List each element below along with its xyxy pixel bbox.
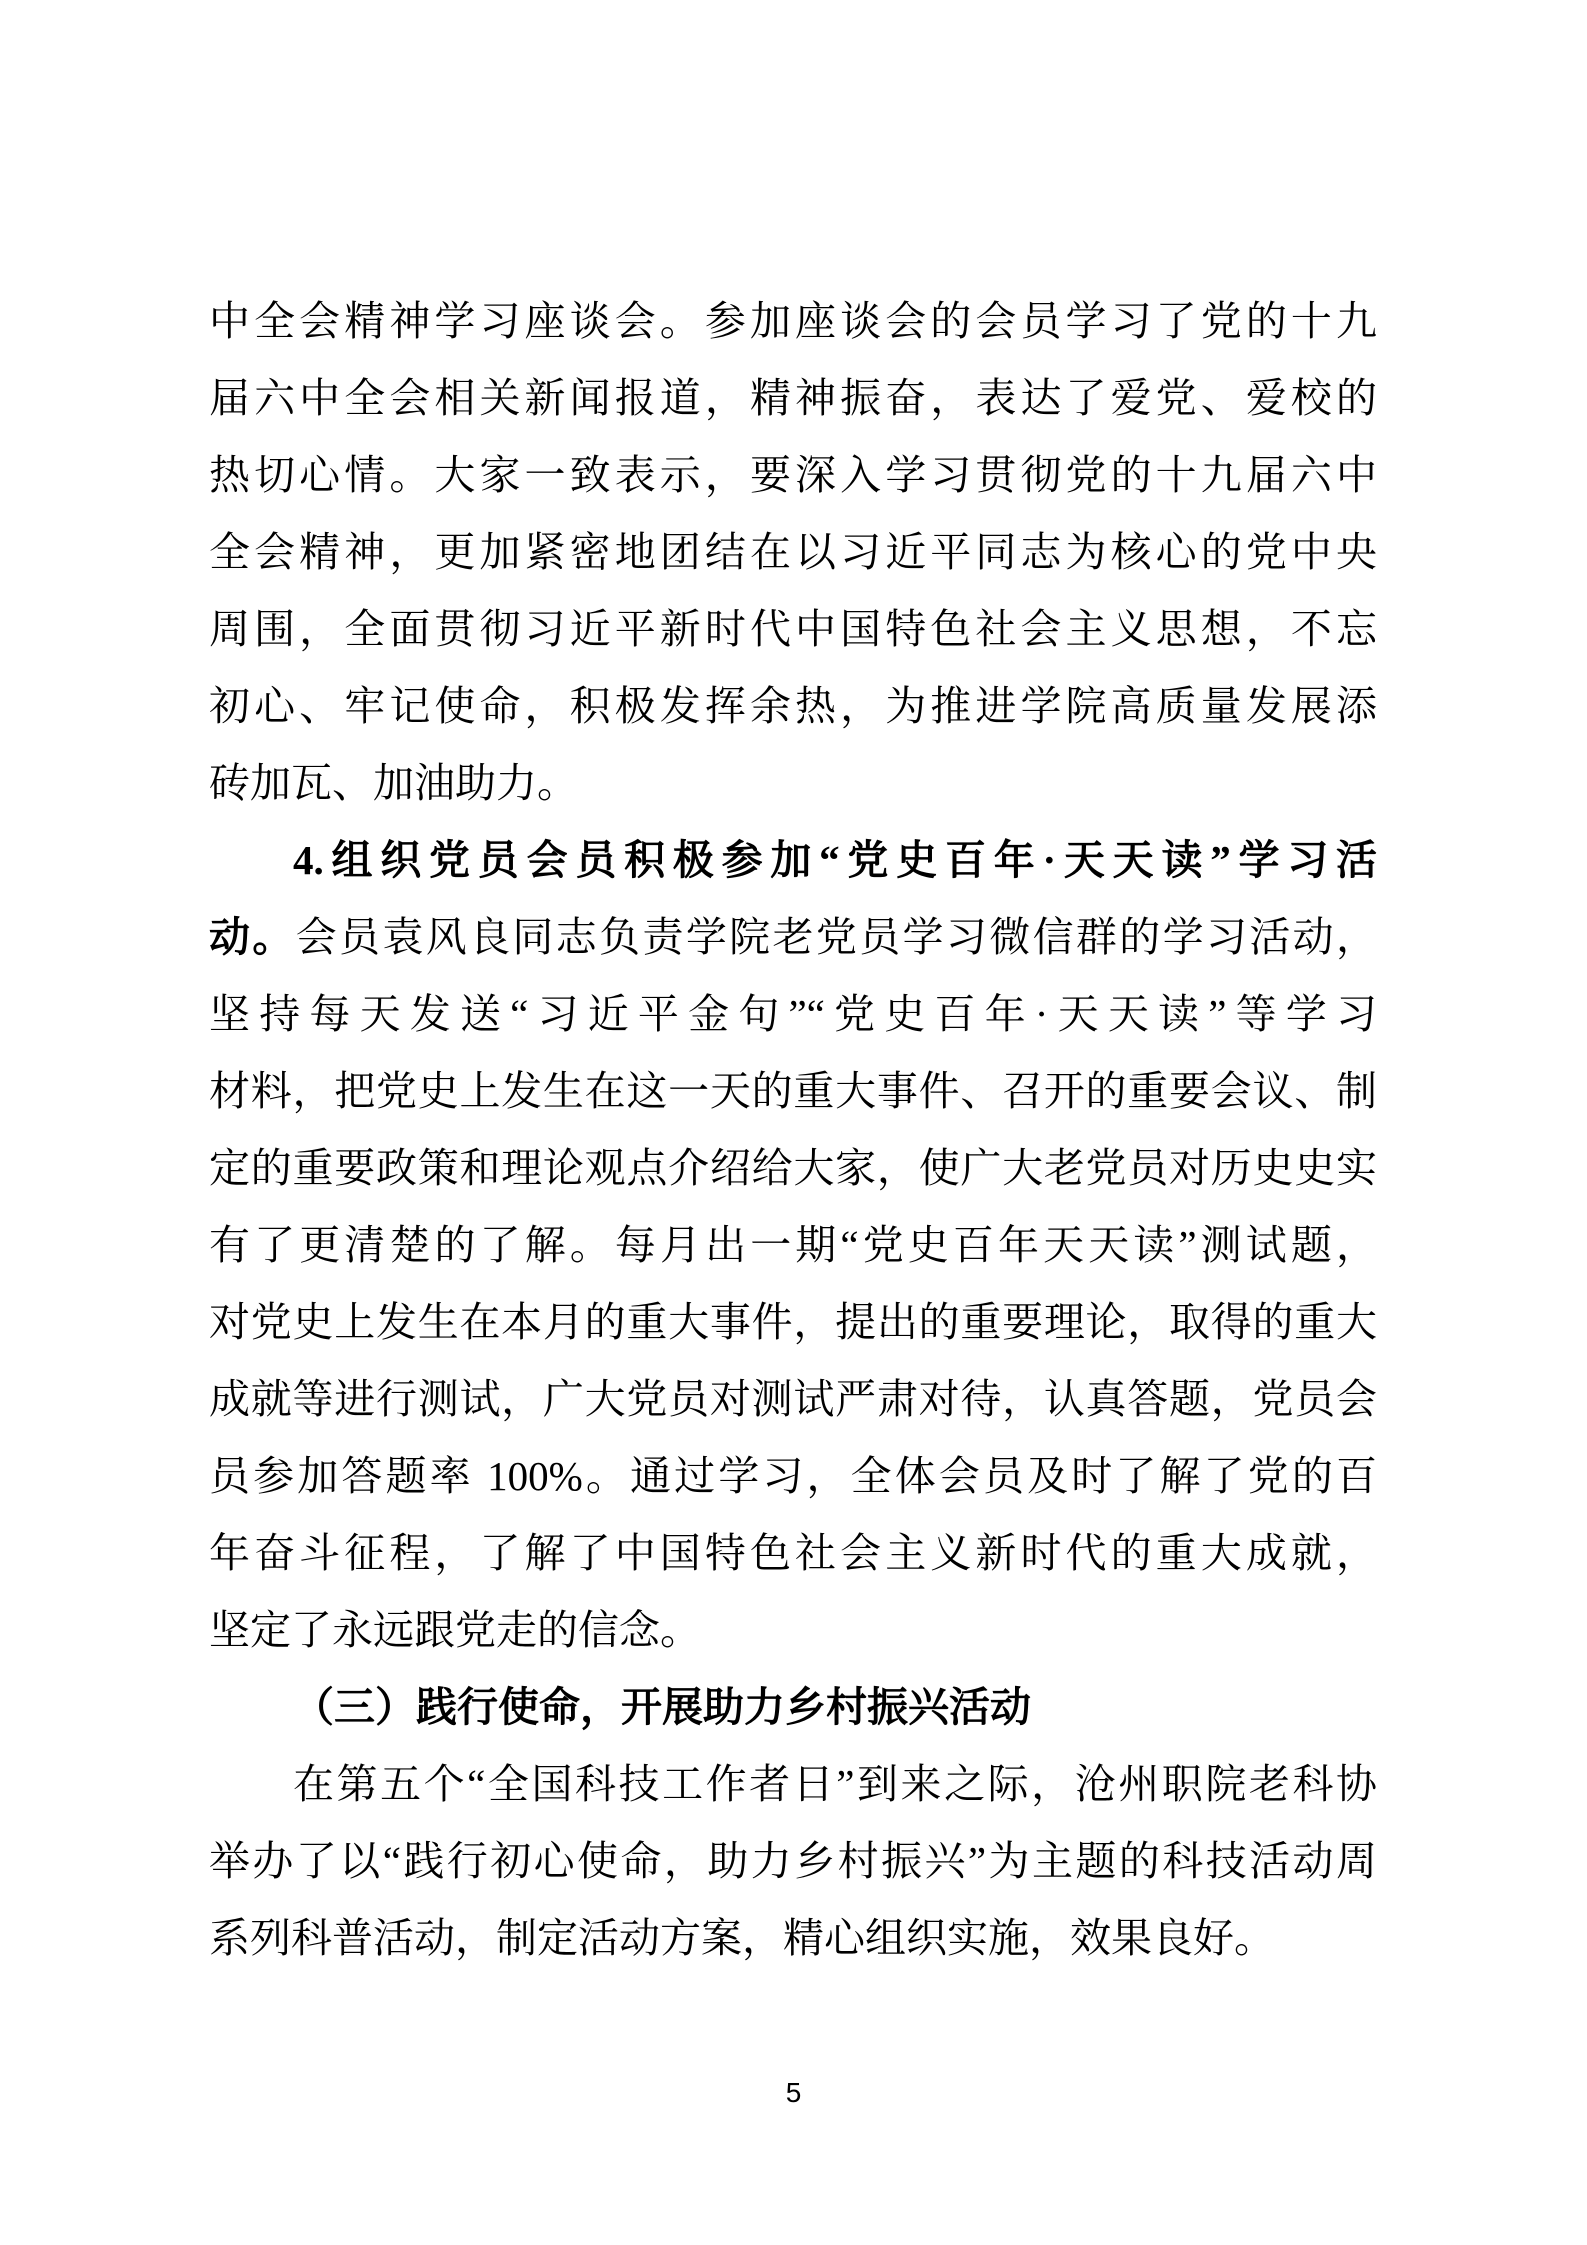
- text-line: 周围，全面贯彻习近平新时代中国特色社会主义思想，不忘: [209, 591, 1377, 668]
- text-line: 举办了以“践行初心使命，助力乡村振兴”为主题的科技活动周: [209, 1823, 1377, 1900]
- text-line: 定的重要政策和理论观点介绍给大家，使广大老党员对历史史实: [209, 1130, 1377, 1207]
- text-line: 4.组织党员会员积极参加“党史百年·天天读”学习活: [209, 822, 1377, 899]
- text-line: 动。会员袁风良同志负责学院老党员学习微信群的学习活动，: [209, 899, 1377, 976]
- text-line: 在第五个“全国科技工作者日”到来之际，沧州职院老科协: [209, 1746, 1377, 1823]
- text-block: 中全会精神学习座谈会。参加座谈会的会员学习了党的十九届六中全会相关新闻报道，精神…: [209, 283, 1377, 1977]
- text-line: 砖加瓦、加油助力。: [209, 745, 1377, 822]
- text-segment: 对党史上发生在本月的重大事件，提出的重要理论，取得的重大: [209, 1299, 1377, 1345]
- text-segment: 举办了以“践行初心使命，助力乡村振兴”为主题的科技活动周: [209, 1838, 1377, 1884]
- text-segment: 周围，全面贯彻习近平新时代中国特色社会主义思想，不忘: [209, 606, 1377, 652]
- text-segment: 员参加答题率 100%。通过学习，全体会员及时了解了党的百: [209, 1453, 1377, 1499]
- text-segment: 有了更清楚的了解。每月出一期“党史百年天天读”测试题，: [209, 1222, 1377, 1268]
- text-line: 热切心情。大家一致表示，要深入学习贯彻党的十九届六中: [209, 437, 1377, 514]
- text-line: 中全会精神学习座谈会。参加座谈会的会员学习了党的十九: [209, 283, 1377, 360]
- text-line: 年奋斗征程，了解了中国特色社会主义新时代的重大成就，: [209, 1515, 1377, 1592]
- text-segment: 年奋斗征程，了解了中国特色社会主义新时代的重大成就，: [209, 1530, 1377, 1576]
- bold-text-segment: 4.组织党员会员积极参加“党史百年·天天读”学习活: [293, 837, 1377, 883]
- text-line: 初心、牢记使命，积极发挥余热，为推进学院高质量发展添: [209, 668, 1377, 745]
- text-line: 坚持每天发送“习近平金句”“党史百年·天天读”等学习: [209, 976, 1377, 1053]
- text-segment: 热切心情。大家一致表示，要深入学习贯彻党的十九届六中: [209, 452, 1377, 498]
- text-line: 对党史上发生在本月的重大事件，提出的重要理论，取得的重大: [209, 1284, 1377, 1361]
- text-segment: 届六中全会相关新闻报道，精神振奋，表达了爱党、爱校的: [209, 375, 1377, 421]
- text-segment: 初心、牢记使命，积极发挥余热，为推进学院高质量发展添: [209, 683, 1377, 729]
- text-segment: 系列科普活动，制定活动方案，精心组织实施，效果良好。: [209, 1915, 1275, 1961]
- text-line: 坚定了永远跟党走的信念。: [209, 1592, 1377, 1669]
- text-line: 系列科普活动，制定活动方案，精心组织实施，效果良好。: [209, 1900, 1377, 1977]
- text-line: 成就等进行测试，广大党员对测试严肃对待，认真答题，党员会: [209, 1361, 1377, 1438]
- text-segment: 砖加瓦、加油助力。: [209, 760, 578, 806]
- text-segment: 坚持每天发送“习近平金句”“党史百年·天天读”等学习: [209, 991, 1377, 1037]
- text-segment: 全会精神，更加紧密地团结在以习近平同志为核心的党中央: [209, 529, 1377, 575]
- page-number: 5: [0, 2078, 1587, 2108]
- document-page: 中全会精神学习座谈会。参加座谈会的会员学习了党的十九届六中全会相关新闻报道，精神…: [0, 0, 1587, 2245]
- text-segment: 定的重要政策和理论观点介绍给大家，使广大老党员对历史史实: [209, 1145, 1377, 1191]
- text-segment: 在第五个“全国科技工作者日”到来之际，沧州职院老科协: [293, 1761, 1377, 1807]
- bold-text-segment: （三）践行使命，开展助力乡村振兴活动: [293, 1684, 1031, 1730]
- text-segment: 成就等进行测试，广大党员对测试严肃对待，认真答题，党员会: [209, 1376, 1377, 1422]
- text-line: 员参加答题率 100%。通过学习，全体会员及时了解了党的百: [209, 1438, 1377, 1515]
- text-line: 有了更清楚的了解。每月出一期“党史百年天天读”测试题，: [209, 1207, 1377, 1284]
- text-line: 全会精神，更加紧密地团结在以习近平同志为核心的党中央: [209, 514, 1377, 591]
- text-segment: 坚定了永远跟党走的信念。: [209, 1607, 701, 1653]
- text-line: 届六中全会相关新闻报道，精神振奋，表达了爱党、爱校的: [209, 360, 1377, 437]
- text-segment: 会员袁风良同志负责学院老党员学习微信群的学习活动，: [296, 914, 1377, 960]
- text-segment: 材料，把党史上发生在这一天的重大事件、召开的重要会议、制: [209, 1068, 1377, 1114]
- text-segment: 中全会精神学习座谈会。参加座谈会的会员学习了党的十九: [209, 298, 1377, 344]
- text-line: （三）践行使命，开展助力乡村振兴活动: [209, 1669, 1377, 1746]
- bold-text-segment: 动。: [209, 914, 296, 960]
- text-line: 材料，把党史上发生在这一天的重大事件、召开的重要会议、制: [209, 1053, 1377, 1130]
